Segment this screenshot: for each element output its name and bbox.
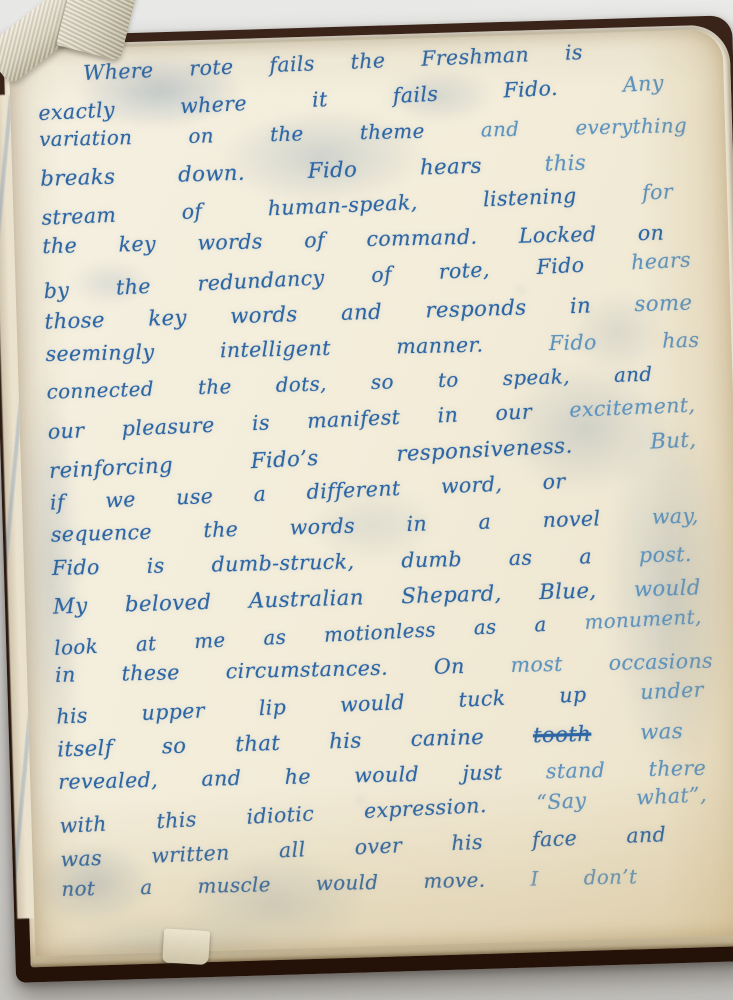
handwriting-lines: Where rote fails the Freshman isexactly …	[37, 34, 728, 910]
handwriting-segment: seemingly intelligent manner.	[45, 331, 549, 366]
handwriting-segment: not a muscle would move.	[61, 867, 531, 900]
handwriting-segment: way,	[652, 503, 699, 528]
struck-word: tooth	[533, 721, 592, 748]
handwriting-segment: in these circumstances. On	[55, 653, 511, 687]
handwriting-segment: Any	[622, 70, 664, 96]
ribbon-tail	[162, 928, 210, 965]
notebook: Where rote fails the Freshman isexactly …	[0, 15, 733, 983]
handwriting-segment: some	[634, 289, 693, 316]
handwriting-segment: for	[642, 179, 674, 204]
handwriting-segment: this	[544, 150, 586, 176]
handwriting-segment: I don’t	[530, 865, 637, 890]
handwriting-segment: under	[640, 678, 704, 705]
handwriting-segment: monument,	[584, 605, 702, 634]
handwriting-segment: and everything	[481, 114, 688, 141]
handwriting-segment: post.	[639, 542, 692, 567]
handwriting-segment: “Say what”,	[536, 783, 707, 815]
handwriting-segment: would	[634, 575, 702, 602]
handwriting-segment: hears	[631, 248, 692, 275]
handwriting-segment: was	[591, 718, 684, 746]
notebook-page: Where rote fails the Freshman isexactly …	[9, 29, 733, 956]
handwriting-segment: variation on the theme	[39, 119, 481, 152]
handwriting-segment: excitement,	[569, 392, 696, 421]
handwriting-segment: But,	[650, 426, 697, 453]
handwriting-segment: Fido is dumb-struck, dumb as a	[52, 543, 640, 580]
handwriting-segment: Fido has	[549, 327, 700, 354]
photo-backdrop: Where rote fails the Freshman isexactly …	[0, 0, 733, 1000]
